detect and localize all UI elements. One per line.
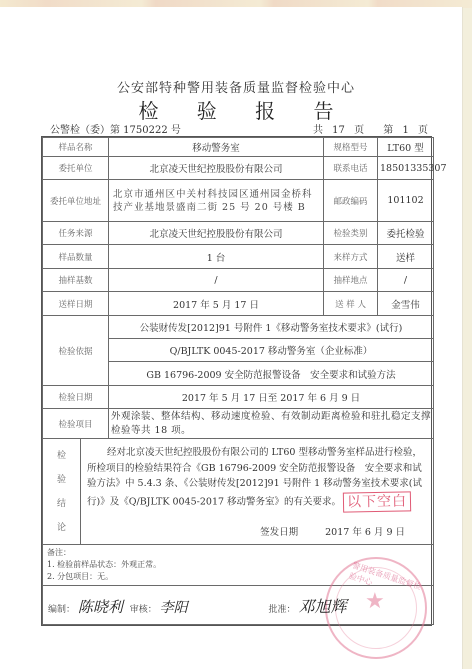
value-inspection-items: 外观涂装、整体结构、移动速度检验、有效制动距离检验和驻扎稳定支撑检验等共 18 … (109, 409, 434, 439)
value-sample-qty: 1 台 (109, 245, 324, 269)
label-sampling-method: 来样方式 (324, 245, 378, 269)
current-page: 第 1 页 (383, 125, 428, 136)
label-conclusion: 检 验 结 论 (43, 439, 81, 545)
document-title: 检 验 报 告 (0, 95, 472, 124)
approved-label: 批准： (269, 605, 296, 615)
issue-date-label: 签发日期 (260, 527, 298, 538)
value-model: LT60 型 (378, 138, 434, 157)
value-delivery-date: 2017 年 5 月 17 日 (109, 292, 324, 316)
label-sample-name: 样品名称 (43, 138, 109, 157)
value-client: 北京凌天世纪控股股份有限公司 (109, 157, 324, 180)
row-client: 委托单位 北京凌天世纪控股股份有限公司 联系电话 18501335307 (43, 157, 434, 180)
basis-item: Q/BJLTK 0045-2017 移动警务室（企业标准） (109, 339, 434, 362)
value-sampling-base: / (109, 269, 324, 292)
row-basis-1: 检验依据 公装财传发[2012]91 号附件 1《移动警务室技术要求》(试行) (43, 316, 434, 339)
basis-item: 公装财传发[2012]91 号附件 1《移动警务室技术要求》(试行) (109, 316, 434, 339)
label-char: 结 (45, 492, 78, 516)
row-inspection-items: 检验项目 外观涂装、整体结构、移动速度检验、有效制动距离检验和驻扎稳定支撑检验等… (43, 409, 434, 439)
row-sample-qty: 样品数量 1 台 来样方式 送样 (43, 245, 434, 269)
label-sampling-base: 抽样基数 (43, 269, 109, 292)
label-task-source: 任务来源 (43, 222, 109, 245)
value-task-source: 北京凌天世纪控股股份有限公司 (109, 222, 324, 245)
value-inspection-date: 2017 年 5 月 17 日至 2017 年 6 月 9 日 (109, 386, 434, 409)
blank-below-stamp: 以下空白 (343, 491, 411, 512)
label-inspection-date: 检验日期 (43, 386, 109, 409)
label-char: 验 (45, 468, 78, 492)
label-inspection-type: 检验类别 (324, 222, 378, 245)
value-inspection-type: 委托检验 (378, 222, 434, 245)
label-char: 论 (45, 516, 78, 540)
total-pages: 共 17 页 (313, 125, 364, 136)
row-sampling-base: 抽样基数 / 抽样地点 / (43, 269, 434, 292)
issue-date-value: 2017 年 6 月 9 日 (325, 527, 405, 538)
label-sampling-place: 抽样地点 (324, 269, 378, 292)
report-table: 样品名称 移动警务室 规格型号 LT60 型 委托单位 北京凌天世纪控股股份有限… (41, 136, 432, 626)
label-basis: 检验依据 (43, 316, 109, 386)
label-delivered-by: 送 样 人 (324, 292, 378, 316)
label-client-address: 委托单位地址 (43, 180, 109, 222)
row-address: 委托单位地址 北京市通州区中关村科技园区通州园金桥科技产业基地景盛南二街 25 … (43, 180, 434, 222)
value-delivered-by: 金雪伟 (378, 292, 434, 316)
label-client: 委托单位 (43, 157, 109, 180)
report-number: 公警检（委）第 1750222 号 (50, 121, 181, 136)
prepared-signature: 陈晓利 (78, 598, 123, 616)
reviewed-signature: 李阳 (160, 600, 188, 616)
approved-signature: 邓旭辉 (298, 597, 346, 616)
value-phone: 18501335307 (378, 157, 434, 180)
prepared-label: 编制： (48, 605, 75, 615)
label-inspection-items: 检验项目 (43, 409, 109, 439)
label-model: 规格型号 (324, 138, 378, 157)
value-sampling-method: 送样 (378, 245, 434, 269)
basis-item: GB 16796-2009 安全防范报警设备 安全要求和试验方法 (109, 362, 434, 386)
label-delivery-date: 送样日期 (43, 292, 109, 316)
row-task-source: 任务来源 北京凌天世纪控股股份有限公司 检验类别 委托检验 (43, 222, 434, 245)
row-sample-name: 样品名称 移动警务室 规格型号 LT60 型 (43, 138, 434, 157)
page-count: 共 17 页 第 1 页 (303, 121, 428, 136)
organization-title: 公安部特种警用装备质量监督检验中心 (0, 77, 472, 96)
reviewed-label: 审核： (130, 605, 157, 615)
value-sample-name: 移动警务室 (109, 138, 324, 157)
row-delivery: 送样日期 2017 年 5 月 17 日 送 样 人 金雪伟 (43, 292, 434, 316)
label-postal-code: 邮政编码 (324, 180, 378, 222)
value-postal-code: 101102 (378, 180, 434, 222)
issue-date-line: 签发日期 2017 年 6 月 9 日 (236, 525, 405, 541)
conclusion-cell: 经对北京凌天世纪控股股份有限公司的 LT60 型移动警务室样品进行检验，所检项目… (81, 439, 434, 545)
value-sampling-place: / (378, 269, 434, 292)
row-conclusion: 检 验 结 论 经对北京凌天世纪控股股份有限公司的 LT60 型移动警务室样品进… (43, 439, 434, 545)
label-phone: 联系电话 (324, 157, 378, 180)
label-char: 检 (45, 444, 78, 468)
value-client-address: 北京市通州区中关村科技园区通州园金桥科技产业基地景盛南二街 25 号 20 号楼… (109, 180, 324, 222)
row-inspection-date: 检验日期 2017 年 5 月 17 日至 2017 年 6 月 9 日 (43, 386, 434, 409)
label-sample-qty: 样品数量 (43, 245, 109, 269)
seal-star-icon: ★ (365, 589, 385, 614)
